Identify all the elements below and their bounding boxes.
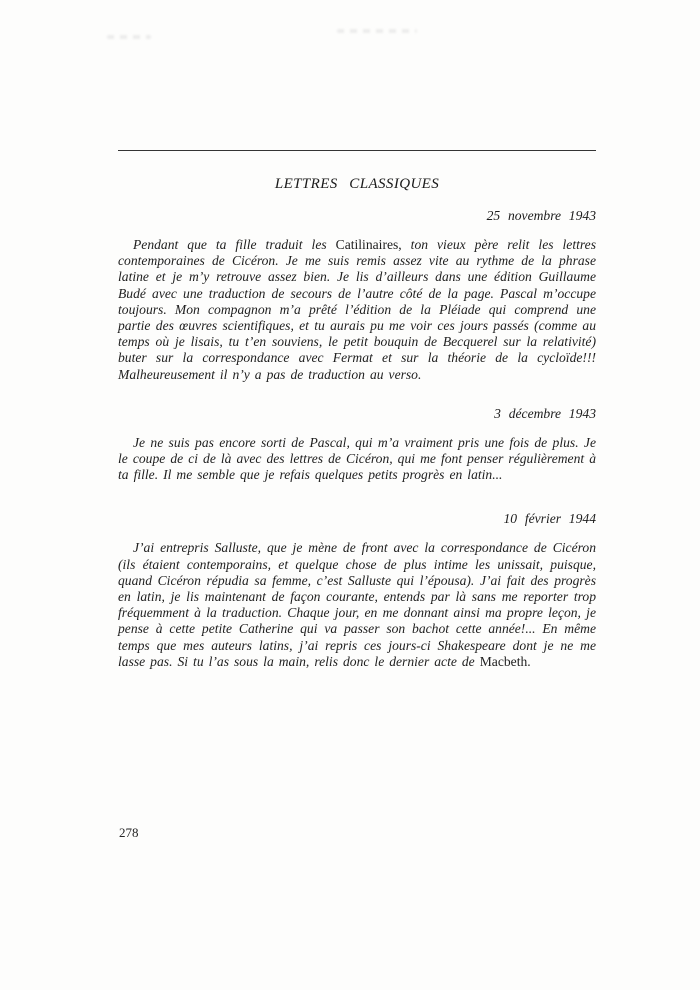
paragraph-segment-roman: Catilinaires, [336,237,402,252]
divider-rule [118,150,596,151]
book-page: LETTRES CLASSIQUES 25 novembre 1943 Pend… [0,0,700,990]
text-column: LETTRES CLASSIQUES 25 novembre 1943 Pend… [118,150,596,670]
letter-date: 25 novembre 1943 [118,207,596,224]
paragraph-segment: J’ai entrepris Salluste, que je mène de … [118,540,596,668]
letter-section-2: 3 décembre 1943 Je ne suis pas encore so… [118,405,596,484]
page-title: LETTRES CLASSIQUES [118,175,596,193]
letter-paragraph: J’ai entrepris Salluste, que je mène de … [118,540,596,670]
letter-section-3: 10 février 1944 J’ai entrepris Salluste,… [118,510,596,670]
paragraph-segment: ton vieux père relit les lettres contemp… [118,237,596,382]
scan-artifact-right [337,29,417,33]
letter-paragraph: Pendant que ta fille traduit les Catilin… [118,237,596,383]
page-number: 278 [119,825,139,840]
letter-date: 10 février 1944 [118,510,596,527]
scan-artifact-left [107,35,151,39]
letter-date: 3 décembre 1943 [118,405,596,422]
letter-section-1: 25 novembre 1943 Pendant que ta fille tr… [118,207,596,383]
paragraph-segment-roman: Macbeth. [480,654,531,669]
paragraph-segment: Pendant que ta fille traduit les [133,237,336,252]
letter-paragraph: Je ne suis pas encore sorti de Pascal, q… [118,435,596,484]
paragraph-segment: Je ne suis pas encore sorti de Pascal, q… [118,435,596,482]
